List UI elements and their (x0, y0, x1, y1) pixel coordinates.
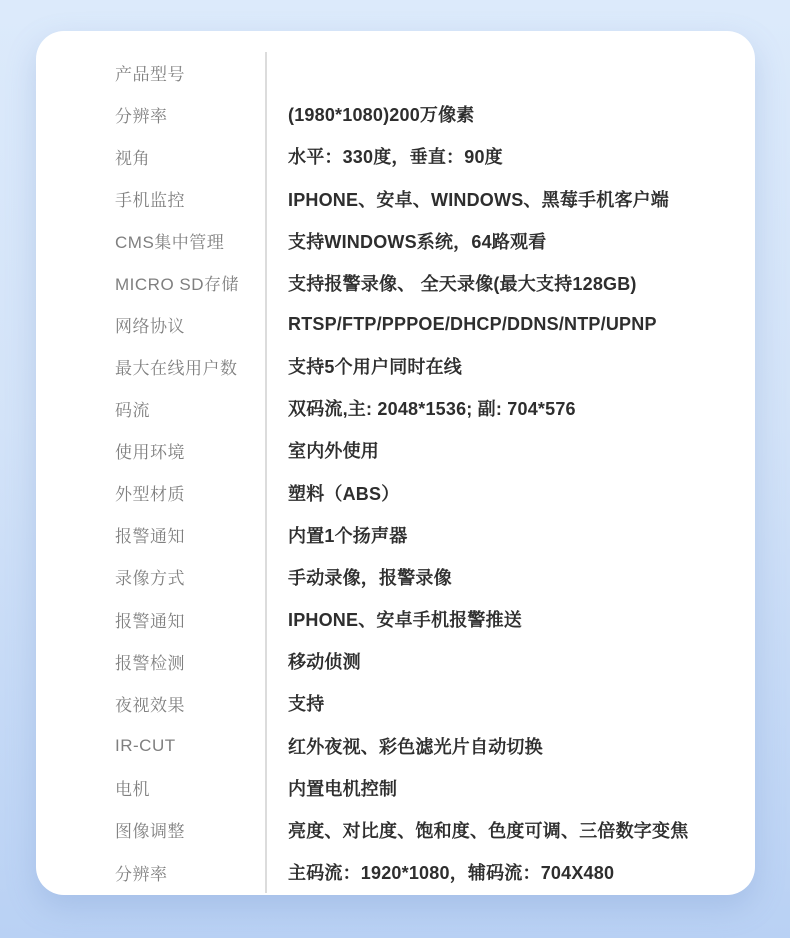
table-row: 报警检测 移动侦测 (36, 640, 755, 682)
spec-value: 亮度、对比度、饱和度、色度可调、三倍数字变焦 (265, 809, 755, 851)
table-row: 报警通知 IPHONE、安卓手机报警推送 (36, 598, 755, 640)
spec-value: IPHONE、安卓、WINDOWS、黑莓手机客户端 (265, 177, 755, 219)
spec-value (265, 52, 755, 93)
spec-value: 塑料（ABS） (265, 472, 755, 514)
spec-label: IR-CUT (36, 736, 265, 756)
spec-label: 夜视效果 (36, 691, 265, 716)
table-row: 录像方式 手动录像，报警录像 (36, 556, 755, 598)
page-background: { "page": { "background_gradient_top": "… (0, 0, 790, 938)
spec-value: 手动录像，报警录像 (265, 556, 755, 598)
spec-card: 产品型号 分辨率 (1980*1080)200万像素 视角 水平：330度，垂直… (36, 31, 755, 895)
spec-label: CMS集中管理 (36, 228, 265, 253)
table-row: 图像调整 亮度、对比度、饱和度、色度可调、三倍数字变焦 (36, 809, 755, 851)
table-row: 最大在线用户数 支持5个用户同时在线 (36, 345, 755, 387)
spec-value: 红外夜视、彩色滤光片自动切换 (265, 725, 755, 767)
spec-label: 最大在线用户数 (36, 354, 265, 379)
spec-label: 报警通知 (36, 607, 265, 632)
spec-label: 外型材质 (36, 480, 265, 505)
spec-value: 支持 (265, 682, 755, 724)
table-row: 外型材质 塑料（ABS） (36, 472, 755, 514)
spec-label: 码流 (36, 396, 265, 421)
spec-label: MICRO SD存储 (36, 270, 265, 295)
spec-label: 录像方式 (36, 564, 265, 589)
spec-value: 双码流,主: 2048*1536; 副: 704*576 (265, 387, 755, 429)
spec-value: (1980*1080)200万像素 (265, 93, 755, 135)
spec-value: 移动侦测 (265, 640, 755, 682)
spec-label: 使用环境 (36, 438, 265, 463)
table-row: 电机 内置电机控制 (36, 767, 755, 809)
spec-label: 电机 (36, 775, 265, 800)
spec-label: 网络协议 (36, 312, 265, 337)
table-row: 分辨率 (1980*1080)200万像素 (36, 93, 755, 135)
spec-value: 水平：330度，垂直：90度 (265, 135, 755, 177)
spec-value: 内置电机控制 (265, 767, 755, 809)
spec-label: 报警检测 (36, 649, 265, 674)
spec-label: 分辨率 (36, 102, 265, 127)
spec-label: 手机监控 (36, 186, 265, 211)
table-row: 分辨率 主码流：1920*1080，辅码流：704X480 (36, 851, 755, 893)
spec-value: 支持5个用户同时在线 (265, 345, 755, 387)
spec-value: 内置1个扬声器 (265, 514, 755, 556)
table-row: 报警通知 内置1个扬声器 (36, 514, 755, 556)
spec-label: 视角 (36, 144, 265, 169)
spec-value: IPHONE、安卓手机报警推送 (265, 598, 755, 640)
table-row: 产品型号 (36, 52, 755, 93)
spec-value: 室内外使用 (265, 429, 755, 471)
spec-table: 产品型号 分辨率 (1980*1080)200万像素 视角 水平：330度，垂直… (36, 52, 755, 893)
table-row: MICRO SD存储 支持报警录像、 全天录像(最大支持128GB) (36, 262, 755, 304)
spec-value: 支持WINDOWS系统，64路观看 (265, 220, 755, 262)
spec-value: RTSP/FTP/PPPOE/DHCP/DDNS/NTP/UPNP (265, 304, 755, 345)
table-row: 手机监控 IPHONE、安卓、WINDOWS、黑莓手机客户端 (36, 177, 755, 219)
table-row: 网络协议 RTSP/FTP/PPPOE/DHCP/DDNS/NTP/UPNP (36, 304, 755, 345)
table-row: IR-CUT 红外夜视、彩色滤光片自动切换 (36, 725, 755, 767)
spec-label: 产品型号 (36, 60, 265, 85)
table-row: 码流 双码流,主: 2048*1536; 副: 704*576 (36, 387, 755, 429)
spec-label: 分辨率 (36, 860, 265, 885)
table-row: CMS集中管理 支持WINDOWS系统，64路观看 (36, 220, 755, 262)
spec-value: 主码流：1920*1080，辅码流：704X480 (265, 851, 755, 893)
spec-label: 报警通知 (36, 522, 265, 547)
spec-label: 图像调整 (36, 817, 265, 842)
table-row: 视角 水平：330度，垂直：90度 (36, 135, 755, 177)
spec-value: 支持报警录像、 全天录像(最大支持128GB) (265, 262, 755, 304)
table-row: 夜视效果 支持 (36, 682, 755, 724)
table-row: 使用环境 室内外使用 (36, 429, 755, 471)
